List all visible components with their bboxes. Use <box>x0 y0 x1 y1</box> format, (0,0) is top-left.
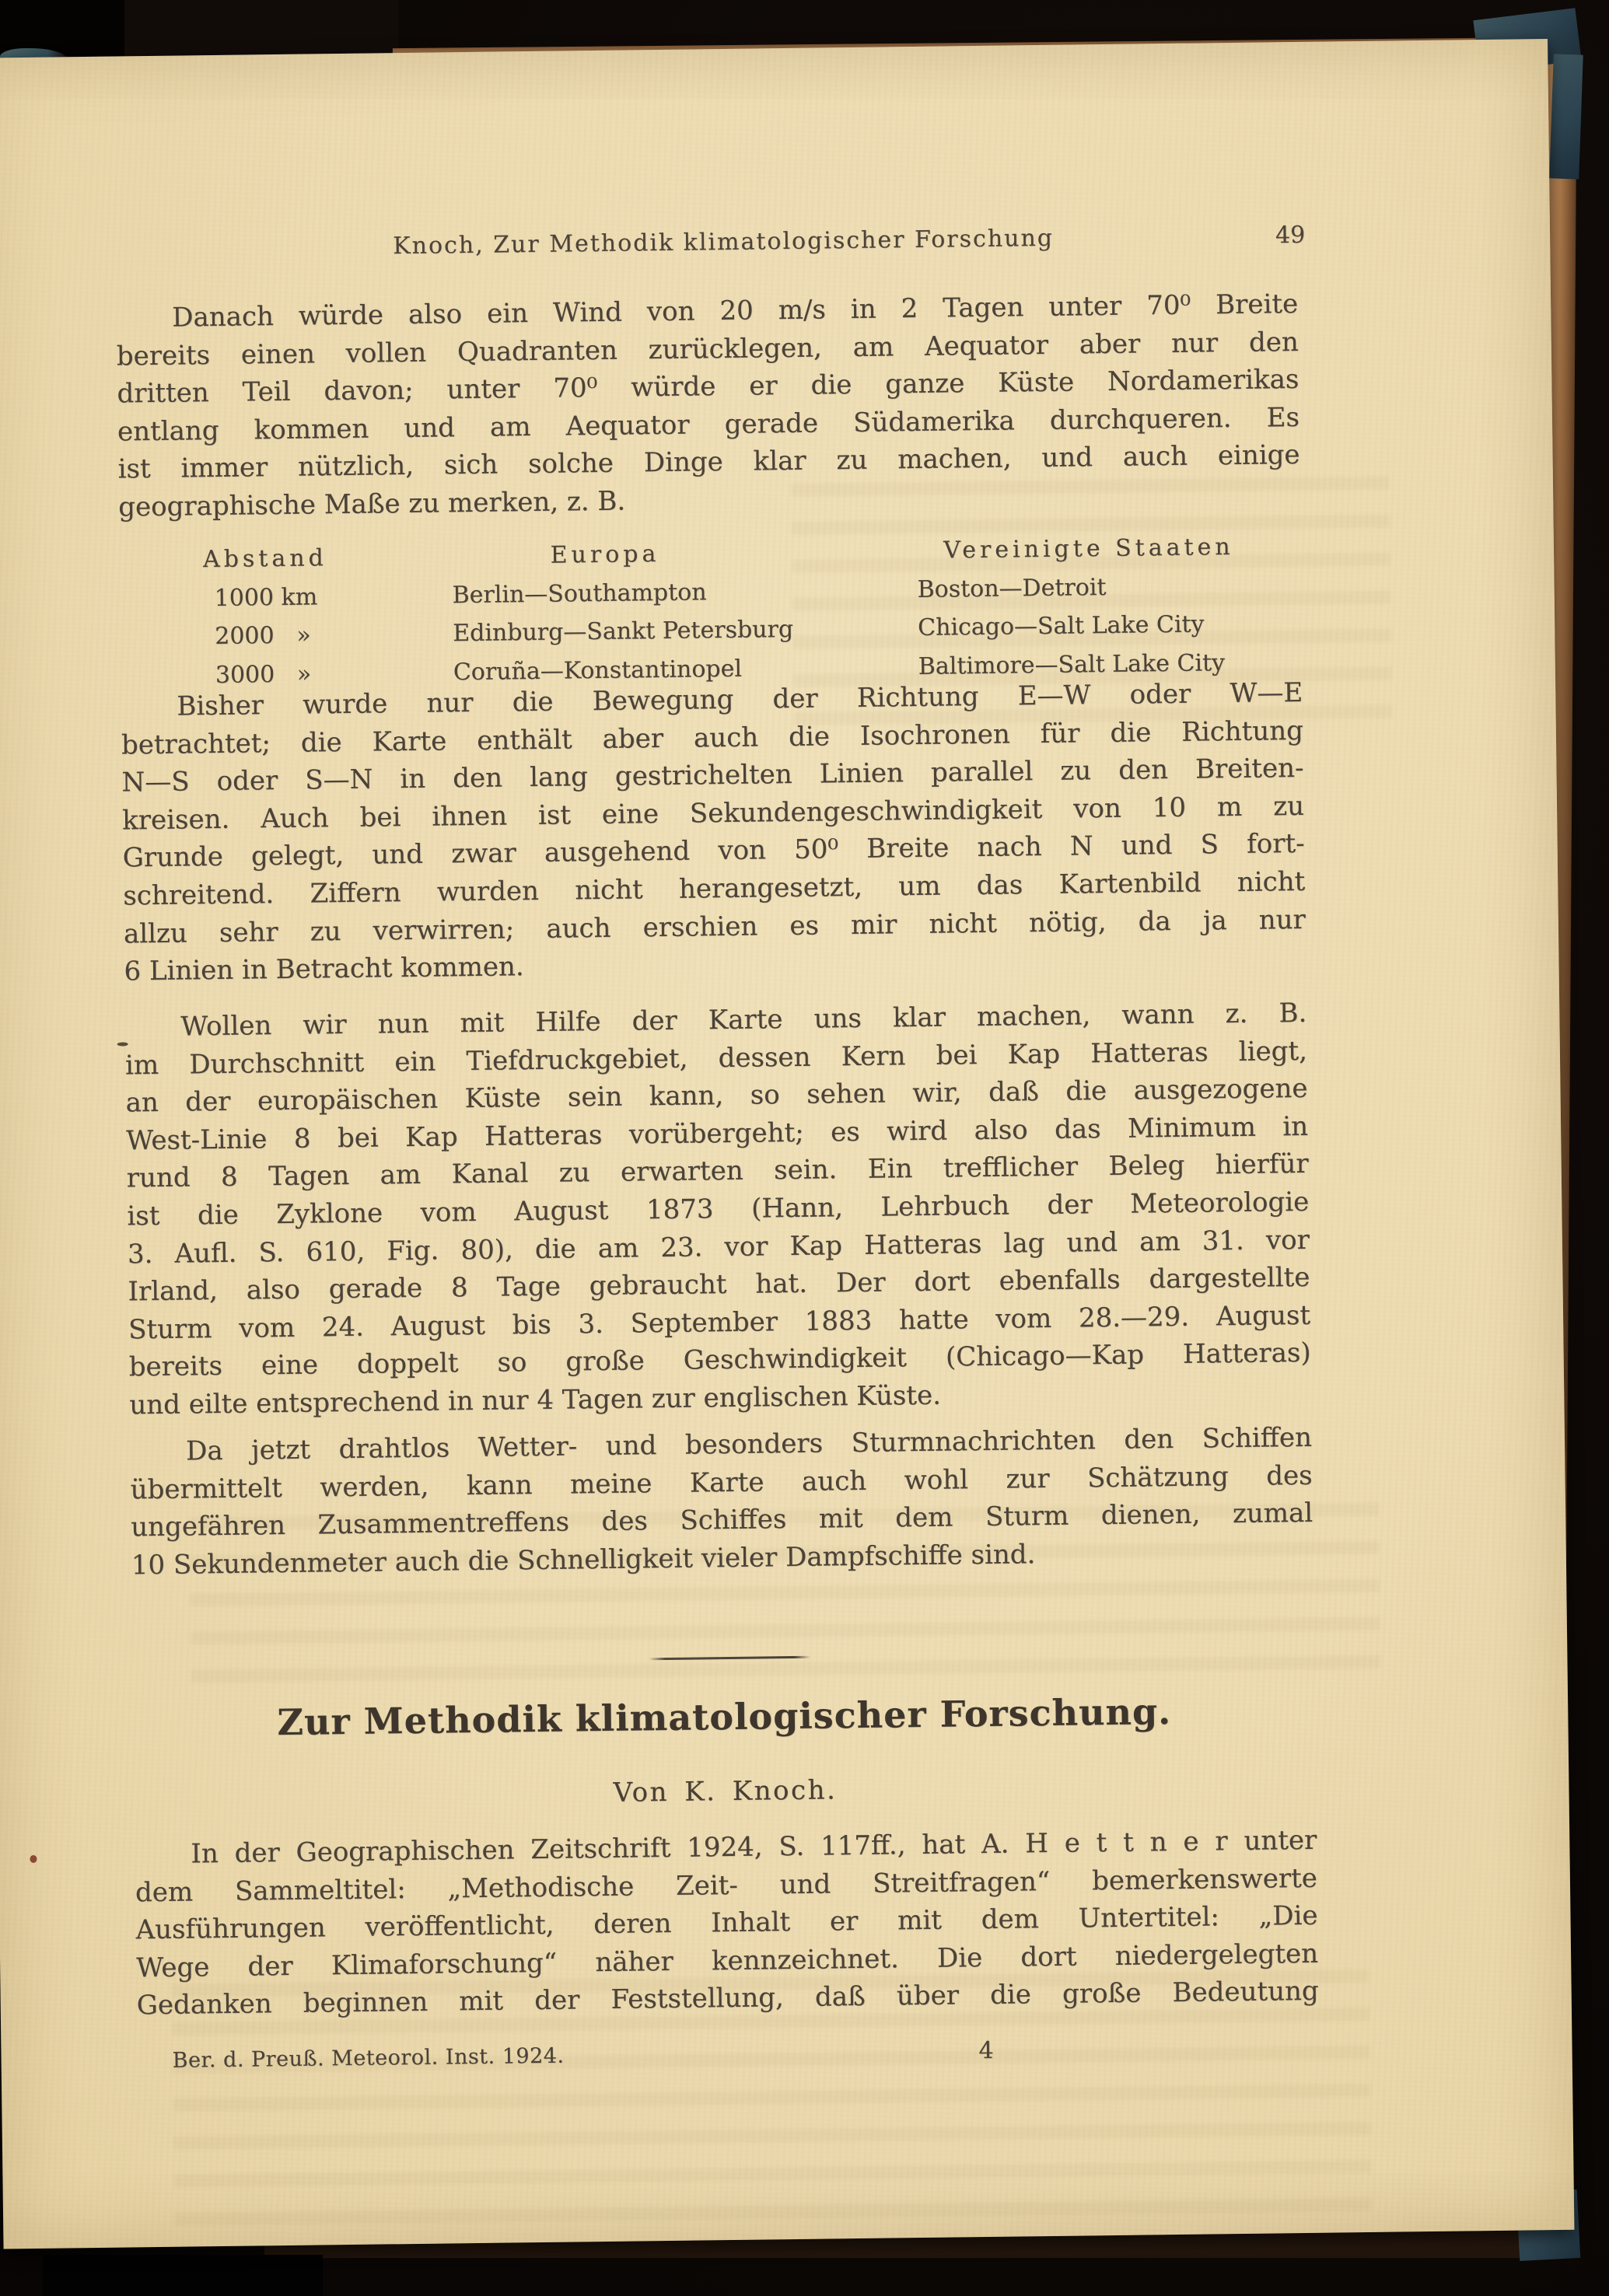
table-cell: Berlin—Southampton <box>452 574 707 615</box>
book-page: Knoch, Zur Methodik klimatologischer For… <box>0 39 1574 2249</box>
table-cell: Chicago—Salt Lake City <box>918 606 1205 647</box>
table-header: Abstand <box>203 540 327 579</box>
book-scan: { "header": { "running_title": "Knoch, Z… <box>0 0 1609 2296</box>
running-head-title: Knoch, Zur Methodik klimatologischer For… <box>393 220 1054 266</box>
paragraph-isochrones: Bisher wurde nur die Bewegung der Richtu… <box>121 674 1306 991</box>
table-header: Vereinigte Staaten <box>943 529 1234 570</box>
paragraph-cyclone-example: Wollen wir nun mit Hilfe der Karte uns k… <box>124 994 1311 1424</box>
distance-table: AbstandEuropaVereinigte Staaten1000 kmBe… <box>119 528 1303 697</box>
text-column: Knoch, Zur Methodik klimatologischer For… <box>115 217 1297 232</box>
paragraph-wind-example: Danach würde also ein Wind von 20 m/s in… <box>116 285 1300 526</box>
table-cell: 2000 » <box>215 617 311 655</box>
scanner-background-patch <box>43 2255 323 2296</box>
table-cell: 1000 km <box>214 578 317 617</box>
running-head: Knoch, Zur Methodik klimatologischer For… <box>115 217 1297 266</box>
article-byline: Von K. Knoch. <box>134 1766 1316 1818</box>
paragraph-hettner-intro: In der Geographischen Zeitschrift 1924, … <box>135 1822 1319 2025</box>
footer-signature-number: 4 <box>978 2032 994 2071</box>
table-cell: Edinburg—Sankt Petersburg <box>453 611 793 653</box>
article-title: Zur Methodik klimatologischer Forschung. <box>133 1691 1315 1743</box>
table-cell: Boston—Detroit <box>917 568 1106 609</box>
ink-speck <box>30 1855 37 1863</box>
footer-imprint: Ber. d. Preuß. Meteorol. Inst. 1924. <box>172 2038 564 2081</box>
table-header: Europa <box>550 536 659 575</box>
binding-cloth-corner-top-right <box>1549 54 1583 179</box>
page-number: 49 <box>1275 217 1306 255</box>
paragraph-wireless-storm-news: Da jetzt drahtlos Wetter- und besonders … <box>130 1419 1313 1585</box>
